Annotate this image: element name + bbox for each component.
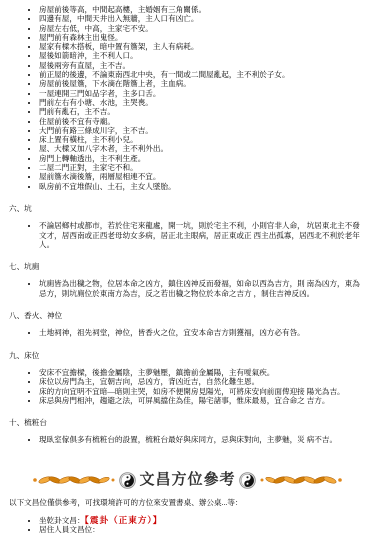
section-heading-dresser: 十、梳粧台: [9, 418, 366, 427]
list-item: 大門前有路三條成川字，主不吉。: [39, 126, 366, 135]
wenchang-list: 坐乾卦文昌：【震卦（正東方）】 居住人員文昌位：: [9, 516, 366, 535]
section-heading-bed: 九、床位: [9, 351, 366, 360]
section-heading-latrine: 七、坑廁: [9, 262, 366, 271]
fengshui-document: 房屋前後等高，中間起高樓，主婚姻有三角關係。 四邊有屋，中間天井出入無牆，主人口…: [0, 0, 372, 535]
list-item: 房屋左右低，中高，主家宅不安。: [39, 24, 366, 33]
section-altar-list: 土地祠神，祖先祠堂，神位，皆香火之位，宜安本命吉方則獲福，凶方必有咎。: [9, 328, 366, 337]
list-item: 屋前簷水滴後簷，兩層屋相連不宜。: [39, 172, 366, 181]
list-item: 房屋前後屋簷，下水滴在階簷上者，主血病。: [39, 79, 366, 88]
list-item: 屋、大樑又加八字木者，主不利外出。: [39, 144, 366, 153]
yinyang-icon: [119, 472, 136, 489]
wenchang-label: 坐乾卦文昌：: [39, 516, 85, 525]
list-item: 床忌與房門相沖，趨避之法，可屏風擋住為佳，陽宅諸事，惟床最易，宜合命之 吉方。: [39, 396, 366, 405]
wenchang-title: 文昌方位參考: [139, 472, 235, 489]
list-item: 坐乾卦文昌：【震卦（正東方）】: [39, 516, 366, 525]
list-item: 屋後如箭暗沖，主不利人口。: [39, 51, 366, 60]
list-item: 現臥室傢俱多有梳粧台的設置，梳粧台最好與床同方，忌與床對向，主夢魅，災 病不吉。: [39, 435, 366, 444]
list-item: 四邊有屋，中間天井出入無牆，主人口有凶亡。: [39, 14, 366, 23]
list-item: 房屋前後等高，中間起高樓，主婚姻有三角關係。: [39, 5, 366, 14]
yinyang-icon: [239, 472, 256, 489]
list-item: 門前有亂石，主不吉。: [39, 107, 366, 116]
wenchang-divider: 文昌方位參考: [9, 472, 366, 489]
list-item: 屋門前有森林主出鬼怪。: [39, 33, 366, 42]
list-item: 床位以房門為主，宜朝吉向，忌凶方，背凶近吉，自然化難生恩。: [39, 377, 366, 386]
list-item: 房門上轉軸透出，主不利生產。: [39, 154, 366, 163]
list-item: 臥房前不宜堆假山、土石，主女人墜胎。: [39, 182, 366, 191]
list-item: 不論居鄉村或都市，若於住宅來龍處，開一坑，則於宅主不利，小則官非人命， 坑居東北…: [39, 221, 366, 249]
wenchang-label: 居住人員文昌位：: [39, 525, 100, 534]
section-heading-altar: 八、香火、神位: [9, 311, 366, 320]
list-item: 居住人員文昌位：: [39, 525, 366, 534]
list-item: 屋後兩旁有直屋，主不吉。: [39, 61, 366, 70]
section-dresser-list: 現臥室傢俱多有梳粧台的設置，梳粧台最好與床同方，忌與床對向，主夢魅，災 病不吉。: [9, 435, 366, 444]
rope-decoration-left-icon: [32, 475, 116, 485]
list-item: 二屋二門正對，主家宅不和。: [39, 163, 366, 172]
list-item: 安床不宜擔樑，後擔金屬陰，主夢魅壓，鎮擔前金屬陽，主有噯氣疾。: [39, 368, 366, 377]
section-heading-pit: 六、坑: [9, 204, 366, 213]
wenchang-intro: 以下文昌位僅供參考，可找環境許可的方位來安置書桌、辦公桌...等：: [9, 498, 366, 507]
section-latrine-list: 坑廁皆為出穢之物，位居本命之凶方，鎮住凶神反而發福，如命以西為吉方，則 南為凶方…: [9, 279, 366, 298]
section-bed-list: 安床不宜擔樑，後擔金屬陰，主夢魅壓，鎮擔前金屬陽，主有噯氣疾。 床位以房門為主，…: [9, 368, 366, 405]
rope-decoration-right-icon: [259, 475, 343, 485]
section-pit-list: 不論居鄉村或都市，若於住宅來龍處，開一坑，則於宅主不利，小則官非人命， 坑居東北…: [9, 221, 366, 249]
list-item: 坑廁皆為出穢之物，位居本命之凶方，鎮住凶神反而發福，如命以西為吉方，則 南為凶方…: [39, 279, 366, 298]
list-item: 門前左右有小塘、水池，主哭喪。: [39, 98, 366, 107]
list-item: 住屋前後不宜有寺廟。: [39, 117, 366, 126]
list-item: 一屋連開三門如品字者，主多口舌。: [39, 89, 366, 98]
list-item: 前正屋的後邊，不論東南西北中央，有一間或二間屋亂起，主不利於子女。: [39, 70, 366, 79]
house-form-list: 房屋前後等高，中間起高樓，主婚姻有三角關係。 四邊有屋，中間天井出入無牆，主人口…: [9, 5, 366, 191]
list-item: 床的方向宜明不宜暗—暗則主哭，如房不便開房見陽光，可將床安向前面俾迎接 陽光為吉…: [39, 387, 366, 396]
list-item: 土地祠神，祖先祠堂，神位，皆香火之位，宜安本命吉方則獲福，凶方必有咎。: [39, 328, 366, 337]
wenchang-value: 【震卦（正東方）】: [85, 515, 163, 525]
